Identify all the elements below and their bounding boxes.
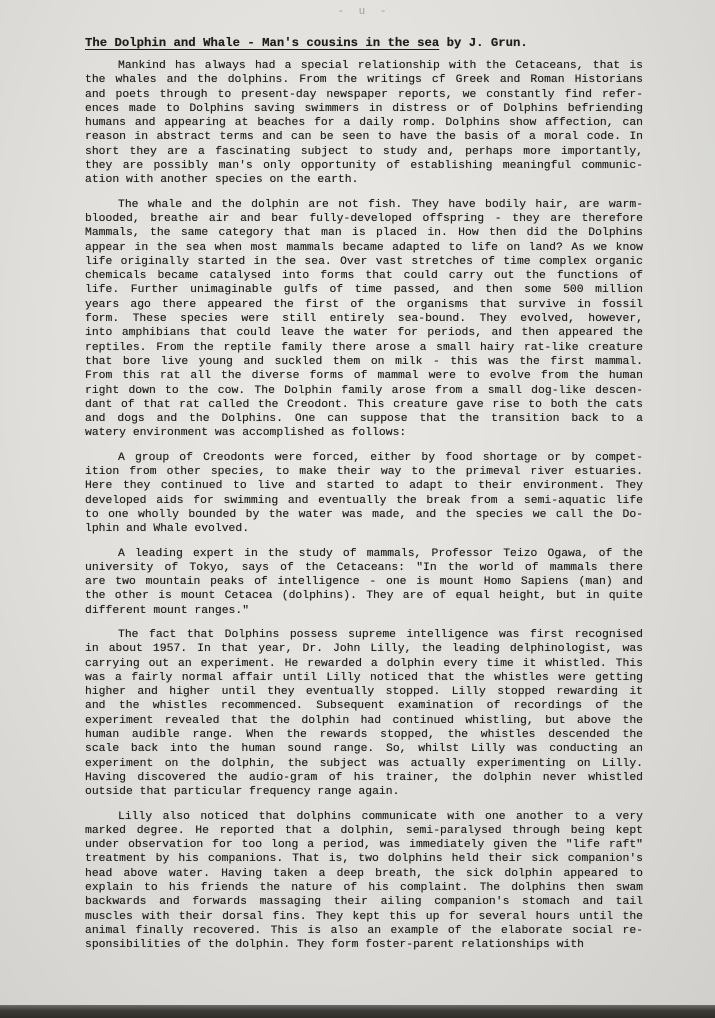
text-line: Mankind has always had a special relatio… xyxy=(85,59,643,73)
text-line: head above water. Having taken a deep br… xyxy=(85,867,643,881)
text-line: humans and appearing at beaches for a da… xyxy=(85,116,643,130)
text-line: they are possibly man's only opportunity… xyxy=(85,159,643,173)
text-line: appear in the sea when most mammals beca… xyxy=(85,241,643,255)
text-line: to one wholly bounded by the water was m… xyxy=(85,508,643,522)
paragraph: Mankind has always had a special relatio… xyxy=(85,59,643,188)
text-line: ition from other species, to make their … xyxy=(85,465,643,479)
text-line: right down to the cow. The Dolphin famil… xyxy=(85,384,643,398)
text-line: into amphibians that could leave the wat… xyxy=(85,326,643,340)
paragraph: A leading expert in the study of mammals… xyxy=(85,547,643,618)
text-line: experiment revealed that the dolphin had… xyxy=(85,714,643,728)
text-line: Lilly also noticed that dolphins communi… xyxy=(85,810,643,824)
text-line: are two mountain peaks of intelligence -… xyxy=(85,575,643,589)
text-line: Having discovered the audio-gram of his … xyxy=(85,771,643,785)
text-line: form. These species were still entirely … xyxy=(85,312,643,326)
text-line: lphin and Whale evolved. xyxy=(85,522,643,536)
text-line: was a fairly normal affair until Lilly n… xyxy=(85,671,643,685)
text-line: the other is mount Cetacea (dolphins). T… xyxy=(85,589,643,603)
text-line: watery environment was accomplished as f… xyxy=(85,426,643,440)
text-line: university of Tokyo, says of the Cetacea… xyxy=(85,561,643,575)
scanner-edge-bar xyxy=(0,1005,715,1018)
text-line: ences made to Dolphins saving swimmers i… xyxy=(85,102,643,116)
text-line: years ago there appeared the first of th… xyxy=(85,298,643,312)
document-title-row: The Dolphin and Whale - Man's cousins in… xyxy=(85,36,643,50)
text-line: the whales and the dolphins. From the wr… xyxy=(85,73,643,87)
text-line: Here they continued to live and started … xyxy=(85,479,643,493)
text-line: blooded, breathe air and bear fully-deve… xyxy=(85,212,643,226)
text-line: carrying out an experiment. He rewarded … xyxy=(85,657,643,671)
text-line: and poets through to present-day newspap… xyxy=(85,88,643,102)
text-line: higher and higher until they eventually … xyxy=(85,685,643,699)
paragraph: Lilly also noticed that dolphins communi… xyxy=(85,810,643,953)
text-line: animal finally recovered. This is also a… xyxy=(85,924,643,938)
text-line: experiment on the dolphin, the subject w… xyxy=(85,757,643,771)
text-line: A group of Creodonts were forced, either… xyxy=(85,451,643,465)
scanned-document-page: - u - The Dolphin and Whale - Man's cous… xyxy=(0,0,715,1018)
text-line: muscles with their dorsal fins. They kep… xyxy=(85,910,643,924)
text-line: chemicals became catalysed into forms th… xyxy=(85,269,643,283)
text-line: ation with another species on the earth. xyxy=(85,173,643,187)
text-line: treatment by his companions. That is, tw… xyxy=(85,852,643,866)
text-line: scale back into the human sound range. S… xyxy=(85,742,643,756)
text-line: under observation for too long a period,… xyxy=(85,838,643,852)
text-line: marked degree. He reported that a dolphi… xyxy=(85,824,643,838)
text-line: reason in abstract terms and can be seen… xyxy=(85,130,643,144)
document-body: Mankind has always had a special relatio… xyxy=(85,59,643,953)
text-line: life. Further unimaginable gulfs of time… xyxy=(85,283,643,297)
paragraph: A group of Creodonts were forced, either… xyxy=(85,451,643,537)
text-line: developed aids for swimming and eventual… xyxy=(85,494,643,508)
text-line: explain to his friends the nature of his… xyxy=(85,881,643,895)
text-line: Mammals, the same category that man is p… xyxy=(85,226,643,240)
text-line: The whale and the dolphin are not fish. … xyxy=(85,198,643,212)
text-line: A leading expert in the study of mammals… xyxy=(85,547,643,561)
page-content: - u - The Dolphin and Whale - Man's cous… xyxy=(85,6,643,963)
text-line: and the whistles recommenced. Subsequent… xyxy=(85,699,643,713)
text-line: The fact that Dolphins possess supreme i… xyxy=(85,628,643,642)
text-line: backwards and forwards massaging their a… xyxy=(85,895,643,909)
paragraph: The whale and the dolphin are not fish. … xyxy=(85,198,643,441)
byline: by J. Grun. xyxy=(439,36,528,50)
text-line: reptiles. From the reptile family there … xyxy=(85,341,643,355)
text-line: life originally started in the sea. Over… xyxy=(85,255,643,269)
paragraph: The fact that Dolphins possess supreme i… xyxy=(85,628,643,800)
text-line: From this rat all the diverse forms of m… xyxy=(85,369,643,383)
text-line: outside that particular frequency range … xyxy=(85,785,643,799)
text-line: human audible range. When the rewards st… xyxy=(85,728,643,742)
page-number-mark: - u - xyxy=(85,6,643,20)
text-line: short they are a fascinating subject to … xyxy=(85,145,643,159)
text-line: dant of that rat called the Creodont. Th… xyxy=(85,398,643,412)
text-line: and dogs and the Dolphins. One can suppo… xyxy=(85,412,643,426)
text-line: that bore live young and suckled them on… xyxy=(85,355,643,369)
text-line: sponsibilities of the dolphin. They form… xyxy=(85,938,643,952)
text-line: in about 1957. In that year, Dr. John Li… xyxy=(85,642,643,656)
text-line: different mount ranges." xyxy=(85,604,643,618)
page-title: The Dolphin and Whale - Man's cousins in… xyxy=(85,36,439,50)
